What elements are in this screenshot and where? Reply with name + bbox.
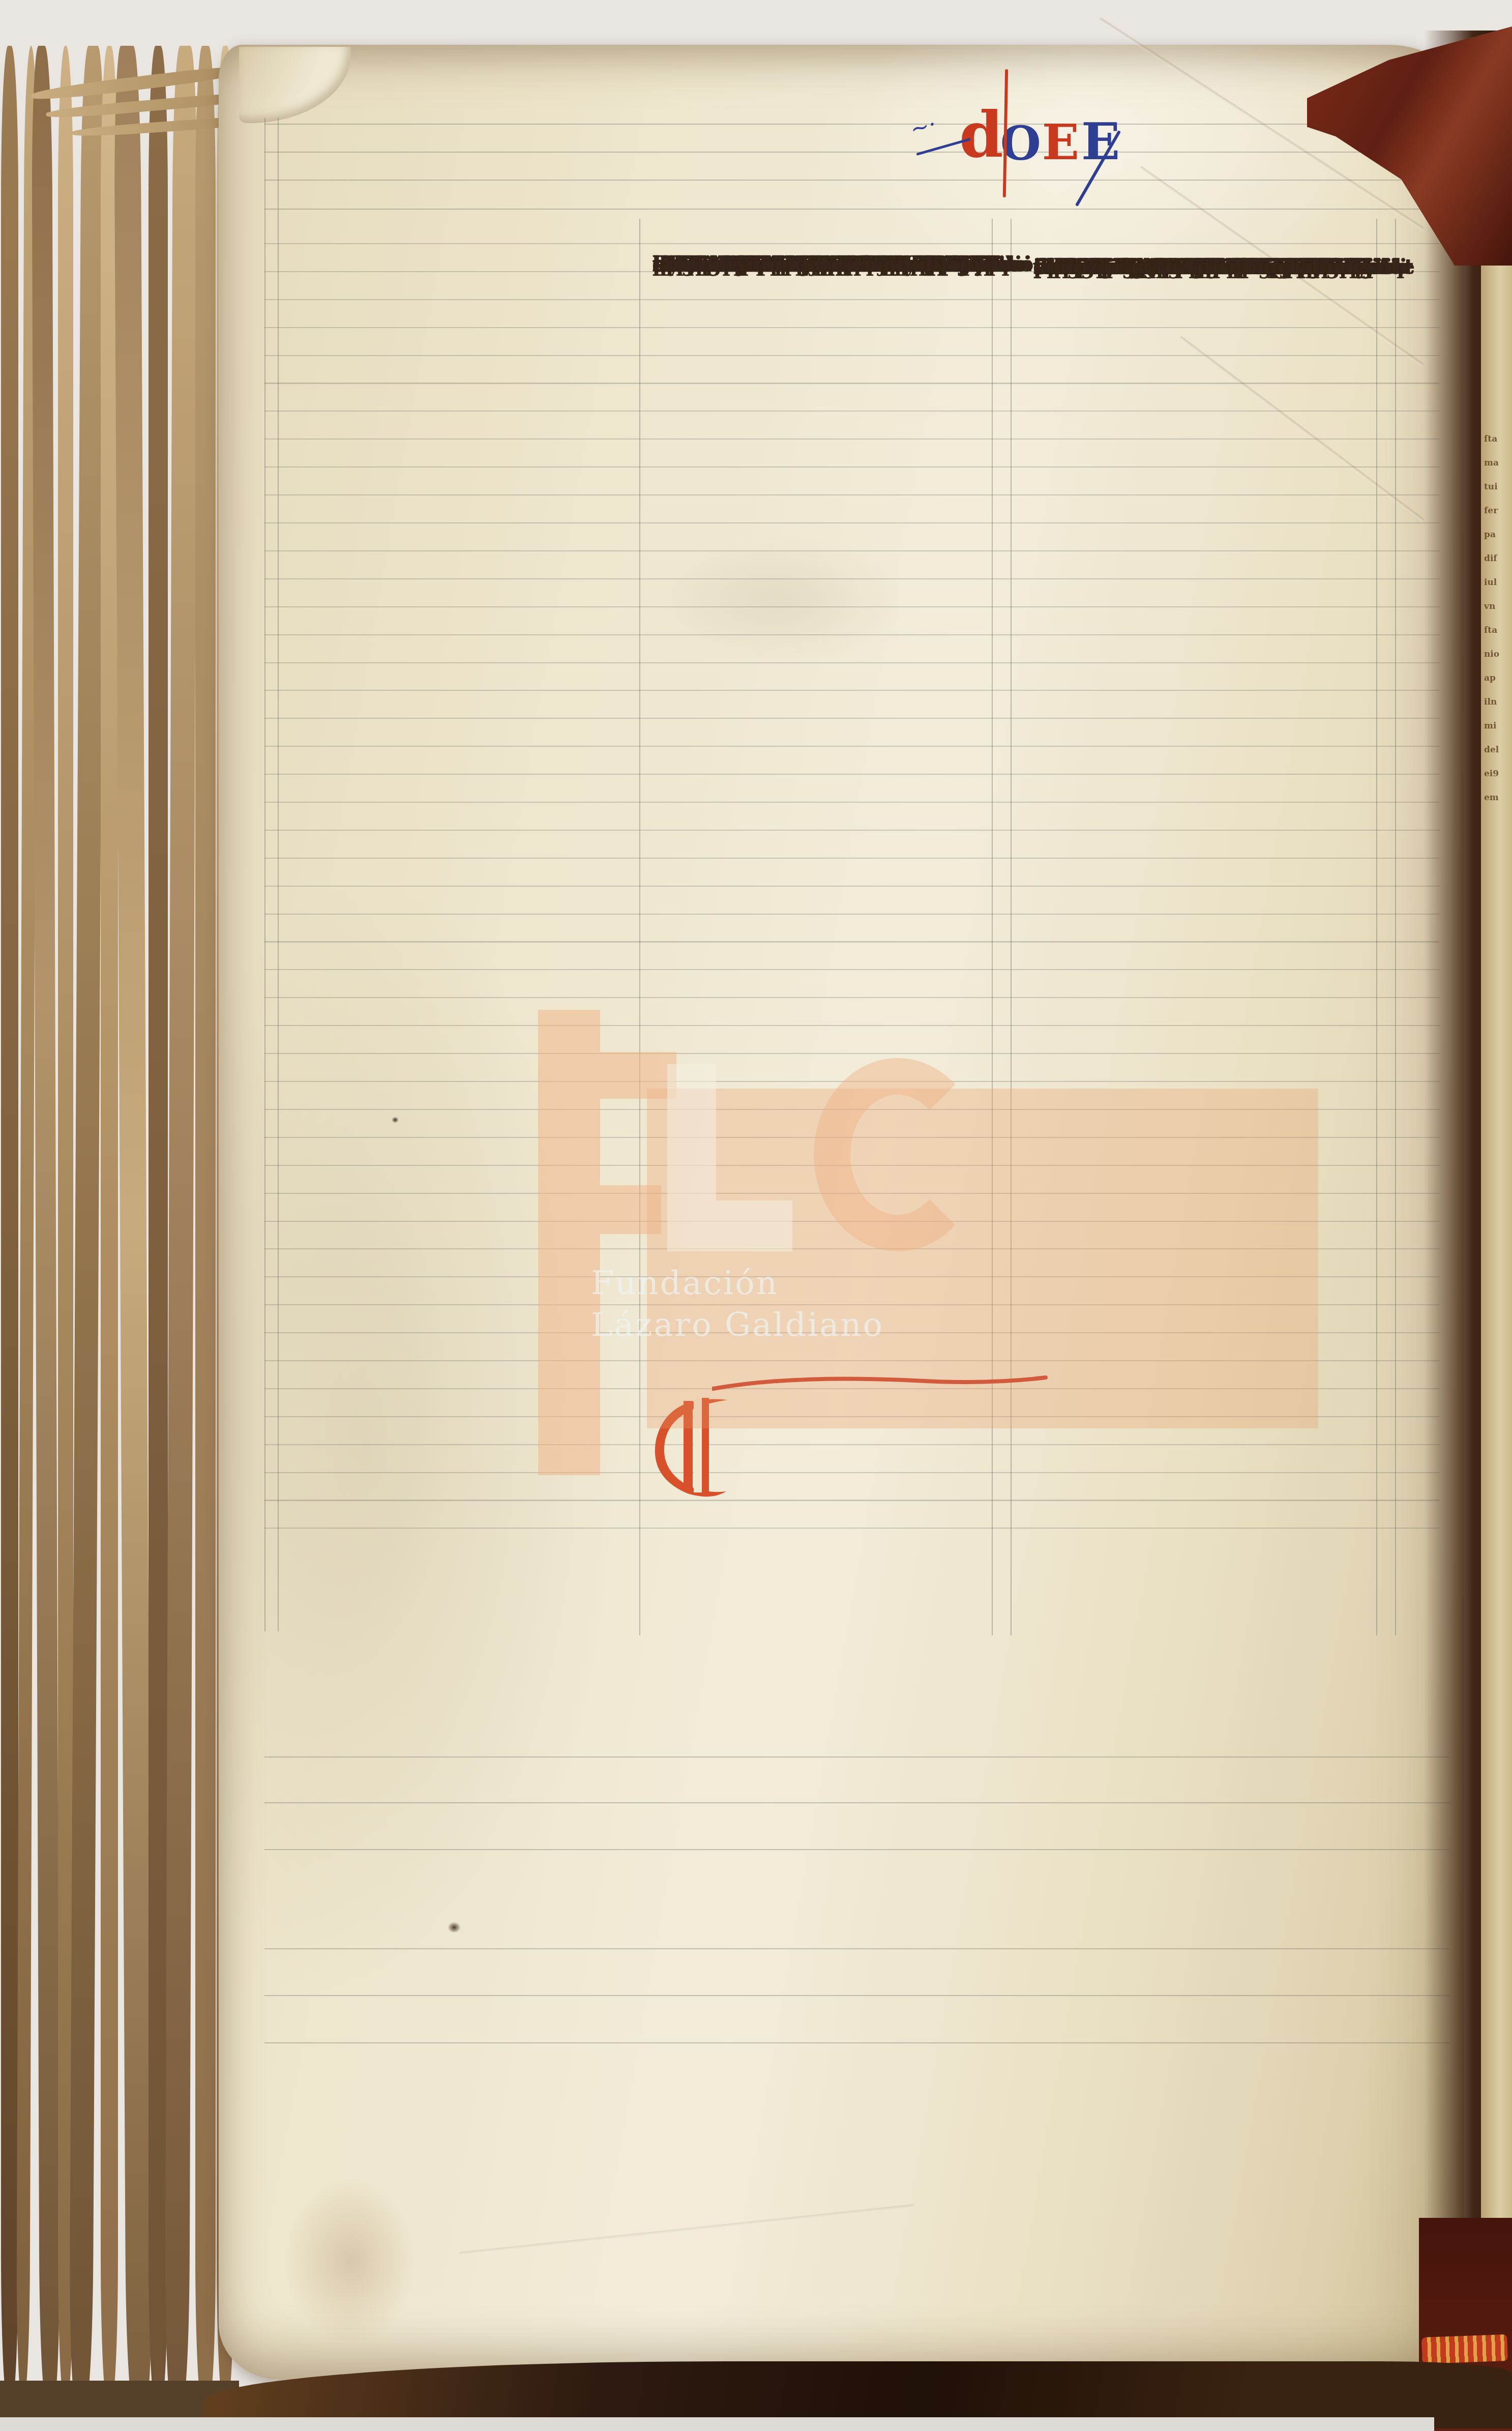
running-title-letter: d <box>959 104 1003 167</box>
edge-text-fragment: pa <box>1484 523 1512 547</box>
page-edge <box>149 46 168 2406</box>
photograph-of-manuscript-codex: ~· dOEE aministratoem· ac si nulla i med… <box>0 0 1512 2431</box>
page-edge <box>165 46 197 2406</box>
running-title-letters: dOEE <box>959 65 1120 167</box>
edge-text-fragment: vn <box>1484 595 1512 619</box>
edge-text-fragment: ſta <box>1484 619 1512 642</box>
edge-text-fragment: iul <box>1484 571 1512 595</box>
edge-text-fragment: mi <box>1484 714 1512 738</box>
manuscript-line: sim maxime date ei a nob am <box>653 250 980 278</box>
edge-text-fragment: fer <box>1484 499 1512 523</box>
edge-text-fragment: em <box>1484 786 1512 810</box>
page-edge <box>195 46 216 2406</box>
header-flourish: ~· <box>908 111 939 143</box>
parchment-page <box>219 45 1464 2380</box>
edge-text-fragment: dif <box>1484 547 1512 571</box>
edge-text-fragment: ma <box>1484 451 1512 475</box>
edge-text-fragment: ſta <box>1484 427 1512 451</box>
page-edge <box>114 46 153 2406</box>
edge-text-fragment: nio <box>1484 642 1512 666</box>
endband <box>1421 2334 1508 2364</box>
page-edge <box>69 46 105 2406</box>
edge-text-fragment: del <box>1484 738 1512 762</box>
page-edge <box>1 46 18 2406</box>
running-title-letter: E <box>1042 118 1079 167</box>
rubric-swash-stroke <box>712 1373 1048 1394</box>
edge-text-fragment: tui <box>1484 475 1512 499</box>
rubric-paragraph-mark-icon <box>647 1393 733 1500</box>
facing-page-text-fragments: ſtamatuiferpadifiulvnſtanioapilnmidelei9… <box>1484 427 1512 814</box>
page-edge <box>32 46 60 2406</box>
background-strip <box>0 2417 1434 2431</box>
manuscript-line: simoz psectoz p subiectam des <box>1033 253 1378 281</box>
running-title: ~· dOEE <box>910 65 1165 182</box>
edge-text-fragment: ap <box>1484 666 1512 690</box>
edge-text-fragment: iln <box>1484 690 1512 714</box>
edge-text-fragment: ei9 <box>1484 762 1512 786</box>
